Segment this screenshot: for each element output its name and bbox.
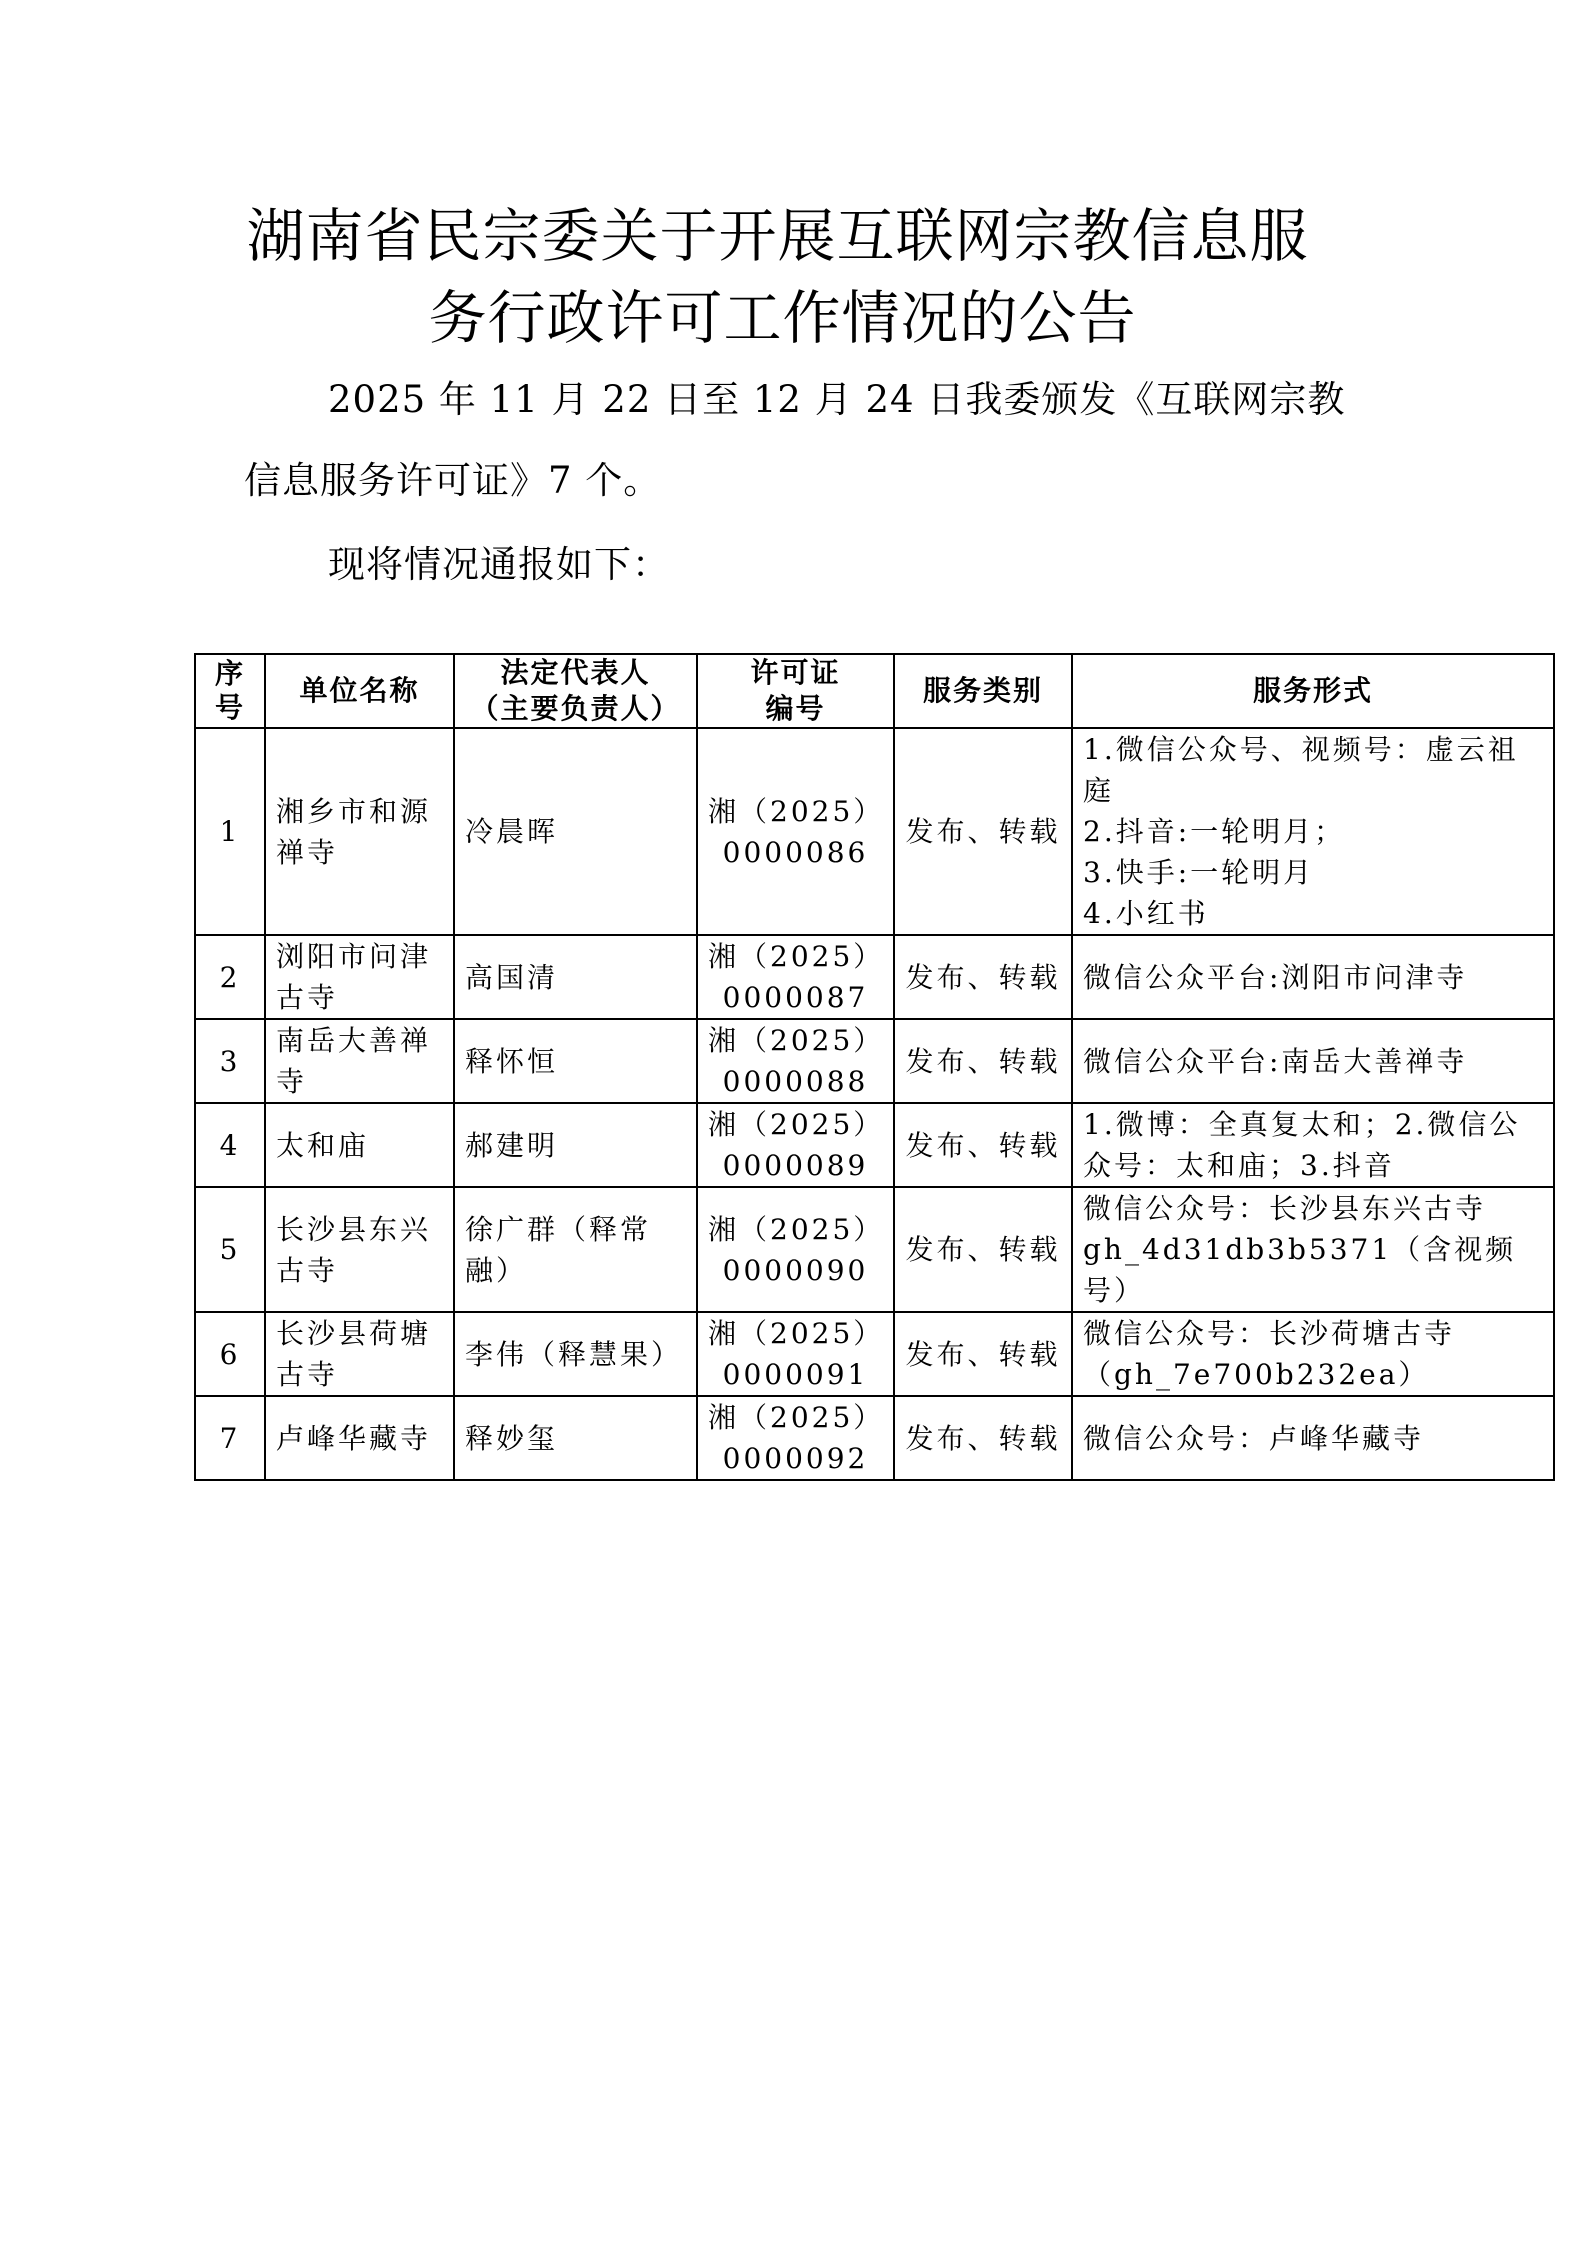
cell-form: 1.微博：全真复太和；2.微信公众号：太和庙；3.抖音: [1072, 1103, 1554, 1187]
cell-rep: 郝建明: [454, 1103, 697, 1187]
cell-license: 湘（2025） 0000092: [697, 1396, 894, 1480]
cell-category: 发布、转载: [894, 935, 1072, 1019]
header-form: 服务形式: [1072, 654, 1554, 728]
cell-category: 发布、转载: [894, 1312, 1072, 1396]
cell-rep: 冷晨晖: [454, 728, 697, 935]
table-row: 1 湘乡市和源禅寺 冷晨晖 湘（2025） 0000086 发布、转载 1.微信…: [195, 728, 1554, 935]
cell-form: 微信公众号：卢峰华藏寺: [1072, 1396, 1554, 1480]
cell-num: 4: [195, 1103, 265, 1187]
cell-rep: 释怀恒: [454, 1019, 697, 1103]
cell-unit: 卢峰华藏寺: [265, 1396, 454, 1480]
service-form-line: 4.小红书: [1083, 893, 1543, 934]
service-form-line: gh_4d31db3b5371（含视频号）: [1083, 1229, 1543, 1311]
table-row: 3 南岳大善禅寺 释怀恒 湘（2025） 0000088 发布、转载 微信公众平…: [195, 1019, 1554, 1103]
cell-unit: 南岳大善禅寺: [265, 1019, 454, 1103]
cell-license: 湘（2025） 0000091: [697, 1312, 894, 1396]
cell-rep: 徐广群（释常融）: [454, 1187, 697, 1312]
cell-category: 发布、转载: [894, 1396, 1072, 1480]
intro-paragraph-line-1: 2025 年 11 月 22 日至 12 月 24 日我委颁发《互联网宗教: [328, 380, 1345, 420]
cell-license: 湘（2025） 0000086: [697, 728, 894, 935]
title-line-1: 湖南省民宗委关于开展互联网宗教信息服: [0, 195, 1587, 277]
table-row: 6 长沙县荷塘古寺 李伟（释慧果） 湘（2025） 0000091 发布、转载 …: [195, 1312, 1554, 1396]
cell-license: 湘（2025） 0000090: [697, 1187, 894, 1312]
license-table: 序号 单位名称 法定代表人 （主要负责人） 许可证 编号 服务类别 服务形式 1…: [194, 653, 1555, 1481]
cell-form: 微信公众号：长沙荷塘古寺（gh_7e700b232ea）: [1072, 1312, 1554, 1396]
service-form-line: 1.微信公众号、视频号：虚云祖庭: [1083, 729, 1543, 811]
cell-num: 7: [195, 1396, 265, 1480]
service-form-line: 微信公众平台:南岳大善禅寺: [1083, 1041, 1543, 1082]
cell-form: 1.微信公众号、视频号：虚云祖庭2.抖音:一轮明月；3.快手:一轮明月4.小红书: [1072, 728, 1554, 935]
header-category: 服务类别: [894, 654, 1072, 728]
cell-unit: 浏阳市问津古寺: [265, 935, 454, 1019]
service-form-line: 微信公众平台:浏阳市问津寺: [1083, 957, 1543, 998]
cell-form: 微信公众号：长沙县东兴古寺gh_4d31db3b5371（含视频号）: [1072, 1187, 1554, 1312]
cell-num: 6: [195, 1312, 265, 1396]
cell-license: 湘（2025） 0000088: [697, 1019, 894, 1103]
service-form-line: 1.微博：全真复太和；2.微信公众号：太和庙；3.抖音: [1083, 1104, 1543, 1186]
service-form-line: 3.快手:一轮明月: [1083, 852, 1543, 893]
service-form-line: 微信公众号：卢峰华藏寺: [1083, 1418, 1543, 1459]
header-rep: 法定代表人 （主要负责人）: [454, 654, 697, 728]
header-num: 序号: [195, 654, 265, 728]
intro-paragraph-line-2: 信息服务许可证》7 个。: [244, 461, 661, 501]
cell-unit: 长沙县东兴古寺: [265, 1187, 454, 1312]
service-form-line: 微信公众号：长沙荷塘古寺: [1083, 1313, 1543, 1354]
table-header-row: 序号 单位名称 法定代表人 （主要负责人） 许可证 编号 服务类别 服务形式: [195, 654, 1554, 728]
table-row: 2 浏阳市问津古寺 高国清 湘（2025） 0000087 发布、转载 微信公众…: [195, 935, 1554, 1019]
title-line-2: 务行政许可工作情况的公告: [0, 277, 1587, 359]
cell-license: 湘（2025） 0000087: [697, 935, 894, 1019]
table-row: 7 卢峰华藏寺 释妙玺 湘（2025） 0000092 发布、转载 微信公众号：…: [195, 1396, 1554, 1480]
cell-form: 微信公众平台:浏阳市问津寺: [1072, 935, 1554, 1019]
cell-num: 2: [195, 935, 265, 1019]
cell-license: 湘（2025） 0000089: [697, 1103, 894, 1187]
cell-category: 发布、转载: [894, 1103, 1072, 1187]
cell-category: 发布、转载: [894, 1019, 1072, 1103]
header-license: 许可证 编号: [697, 654, 894, 728]
cell-category: 发布、转载: [894, 1187, 1072, 1312]
cell-unit: 太和庙: [265, 1103, 454, 1187]
table-row: 5 长沙县东兴古寺 徐广群（释常融） 湘（2025） 0000090 发布、转载…: [195, 1187, 1554, 1312]
cell-category: 发布、转载: [894, 728, 1072, 935]
intro-paragraph-line-3: 现将情况通报如下：: [328, 545, 670, 585]
document-title: 湖南省民宗委关于开展互联网宗教信息服 务行政许可工作情况的公告: [0, 195, 1587, 359]
cell-num: 3: [195, 1019, 265, 1103]
cell-unit: 长沙县荷塘古寺: [265, 1312, 454, 1396]
cell-num: 1: [195, 728, 265, 935]
cell-rep: 高国清: [454, 935, 697, 1019]
header-unit: 单位名称: [265, 654, 454, 728]
service-form-line: 2.抖音:一轮明月；: [1083, 811, 1543, 852]
service-form-line: （gh_7e700b232ea）: [1083, 1354, 1543, 1395]
cell-form: 微信公众平台:南岳大善禅寺: [1072, 1019, 1554, 1103]
cell-rep: 李伟（释慧果）: [454, 1312, 697, 1396]
service-form-line: 微信公众号：长沙县东兴古寺: [1083, 1188, 1543, 1229]
table-row: 4 太和庙 郝建明 湘（2025） 0000089 发布、转载 1.微博：全真复…: [195, 1103, 1554, 1187]
cell-unit: 湘乡市和源禅寺: [265, 728, 454, 935]
cell-num: 5: [195, 1187, 265, 1312]
cell-rep: 释妙玺: [454, 1396, 697, 1480]
